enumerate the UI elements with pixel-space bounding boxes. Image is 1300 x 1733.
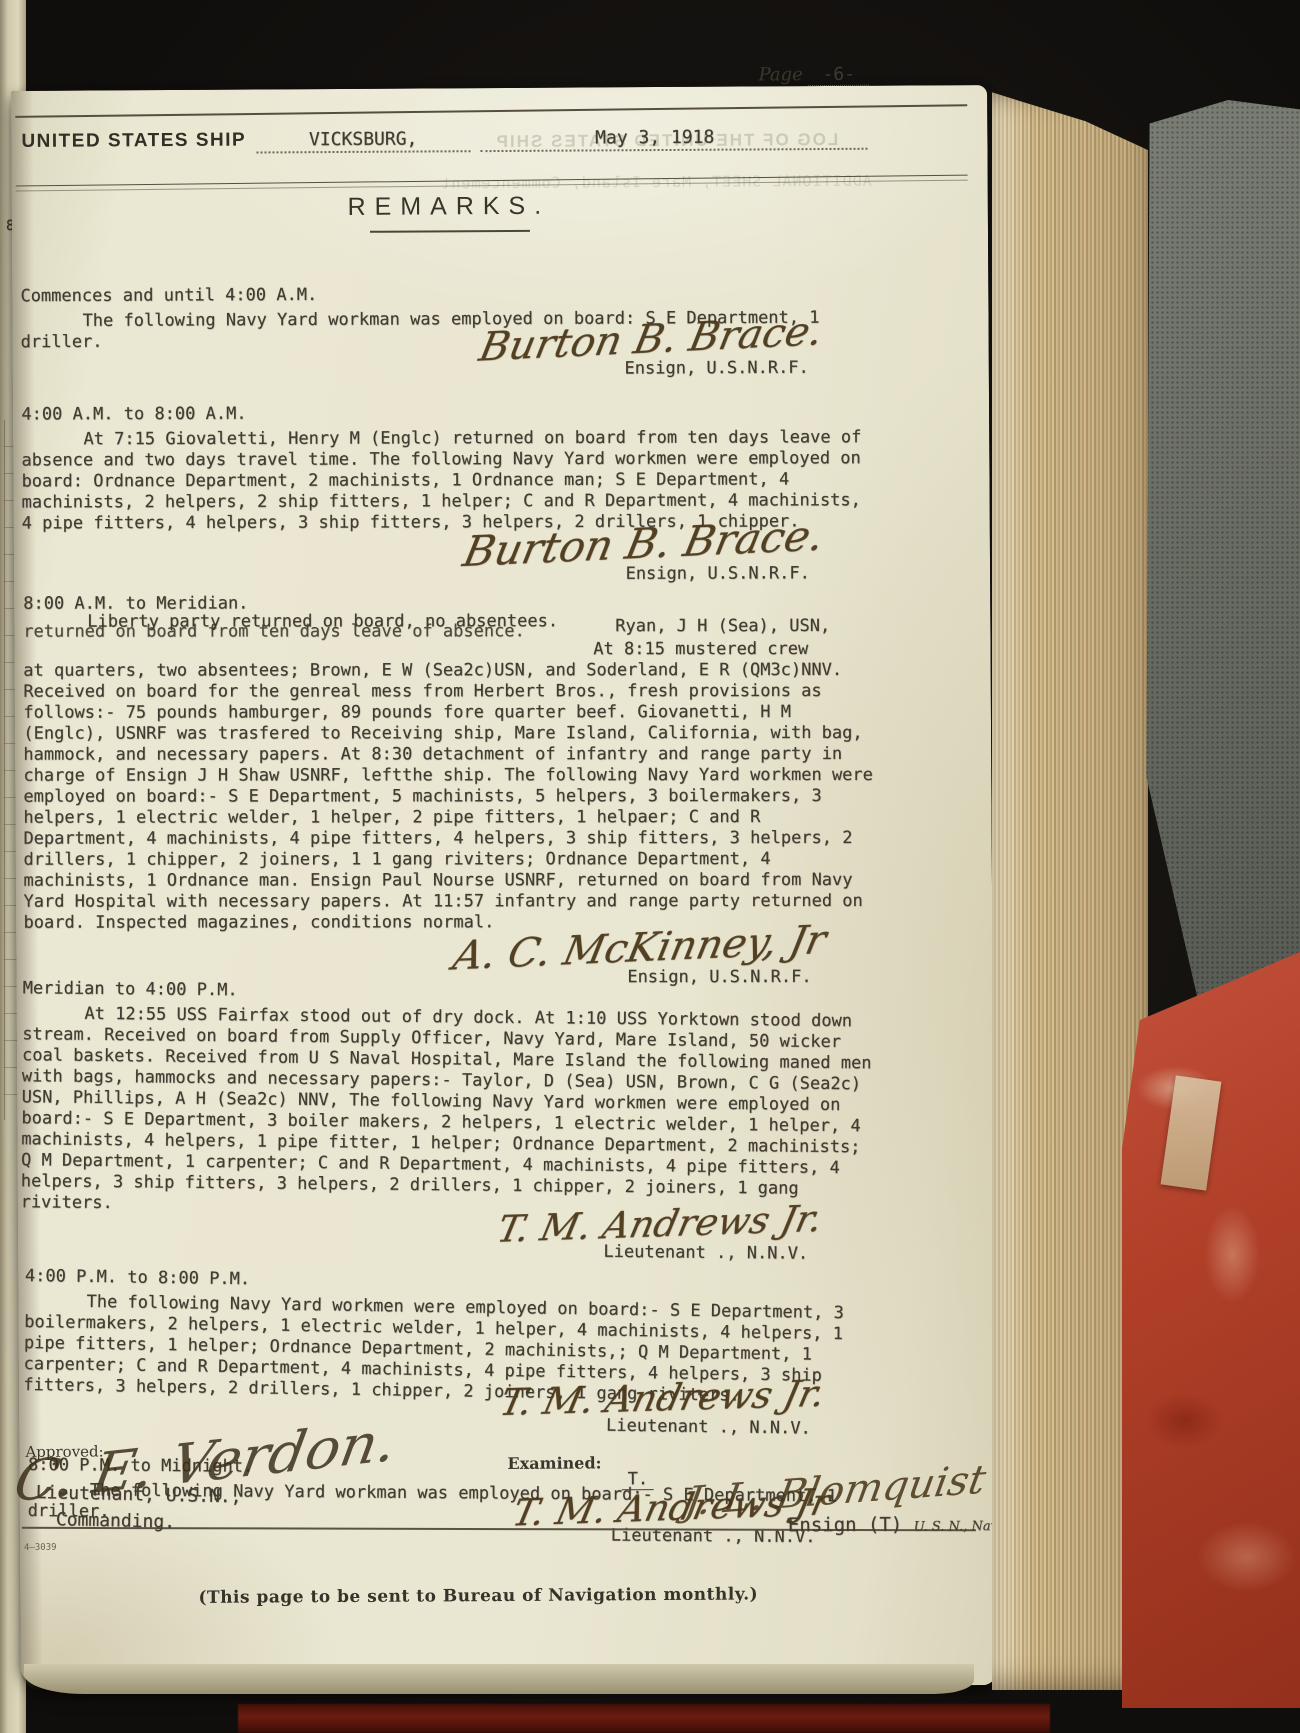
signature: Burton B. Brace.: [461, 519, 827, 569]
overstrike-bottom-text: returned on board from ten days leave of…: [23, 621, 525, 642]
commanding-officer-title: Commanding.: [56, 1509, 176, 1533]
signature: T. M. Andrews Jr.: [495, 1202, 826, 1247]
book-cover-cloth-corner: [1140, 100, 1300, 1040]
page-stack-curl: [24, 1664, 974, 1694]
page-number: -6-: [808, 64, 869, 86]
page-number-row: Page -6-: [759, 64, 870, 86]
examined-label: Examined:: [507, 1453, 601, 1473]
date-field: May 3, 1918: [480, 126, 867, 152]
ship-header-row: UNITED STATES SHIP VICKSBURG, May 3, 191…: [21, 126, 867, 155]
log-entry-4am-8am: 4:00 A.M. to 8:00 A.M. At 7:15 Giovalett…: [21, 402, 879, 586]
commanding-officer-rank: Lieutenant, U.S.N.,: [35, 1482, 241, 1507]
signature: A. C. McKinney, Jr: [450, 923, 829, 973]
signature-block: Burton B. Brace.: [22, 526, 880, 565]
logbook-photo: 8 Page -6- LOG OF THE UNITED STATES SHIP…: [0, 0, 1300, 1733]
signature-block: A. C. McKinney, Jr: [24, 931, 882, 968]
overstruck-line: Liberty party returned on board, no abse…: [23, 618, 881, 640]
log-entry-commences: Commences and until 4:00 A.M. The follow…: [20, 282, 878, 382]
entry-body: At 12:55 USS Fairfax stood out of dry do…: [21, 1003, 881, 1221]
remarks-underline: [370, 230, 530, 233]
book-below-edge: [238, 1704, 1050, 1733]
ship-label: UNITED STATES SHIP: [21, 130, 246, 153]
signature: Burton B. Brace.: [477, 314, 826, 364]
log-entry-4pm-8pm: 4:00 P.M. to 8:00 P.M. The following Nav…: [23, 1266, 883, 1441]
entry-heading: 4:00 A.M. to 8:00 A.M.: [21, 402, 879, 425]
log-entry-meridian-4pm: Meridian to 4:00 P.M. At 12:55 USS Fairf…: [20, 978, 881, 1265]
page-label: Page: [759, 64, 803, 85]
navigator-rank: Ensign (T): [788, 1514, 903, 1537]
form-number: 4—3039: [24, 1543, 57, 1553]
entry-heading: Commences and until 4:00 A.M.: [20, 282, 878, 307]
bureau-note: (This page to be sent to Bureau of Navig…: [28, 1583, 928, 1608]
signature-title: Ensign, U.S.N.R.F.: [21, 357, 879, 382]
entry-body: at quarters, two absentees; Brown, E W (…: [23, 660, 881, 934]
overstrike-tail-text: Ryan, J H (Sea), USN,: [615, 616, 830, 637]
ship-name-field: VICKSBURG,: [256, 128, 470, 153]
book-cover-marbled-red: [1122, 952, 1300, 1708]
log-page: Page -6- LOG OF THE UNITED STATES SHIP A…: [11, 85, 997, 1691]
signature: T. M. Andrews Jr.: [497, 1377, 828, 1420]
signature-title: Ensign, U.S.N.R.F.: [22, 563, 880, 586]
examined-mark: T.: [622, 1469, 655, 1490]
header-rule: [15, 104, 967, 117]
remarks-title: REMARKS.: [20, 190, 878, 224]
log-entry-8am-meridian: 8:00 A.M. to Meridian. Liberty party ret…: [23, 593, 881, 989]
signature-block: Burton B. Brace.: [21, 321, 879, 361]
